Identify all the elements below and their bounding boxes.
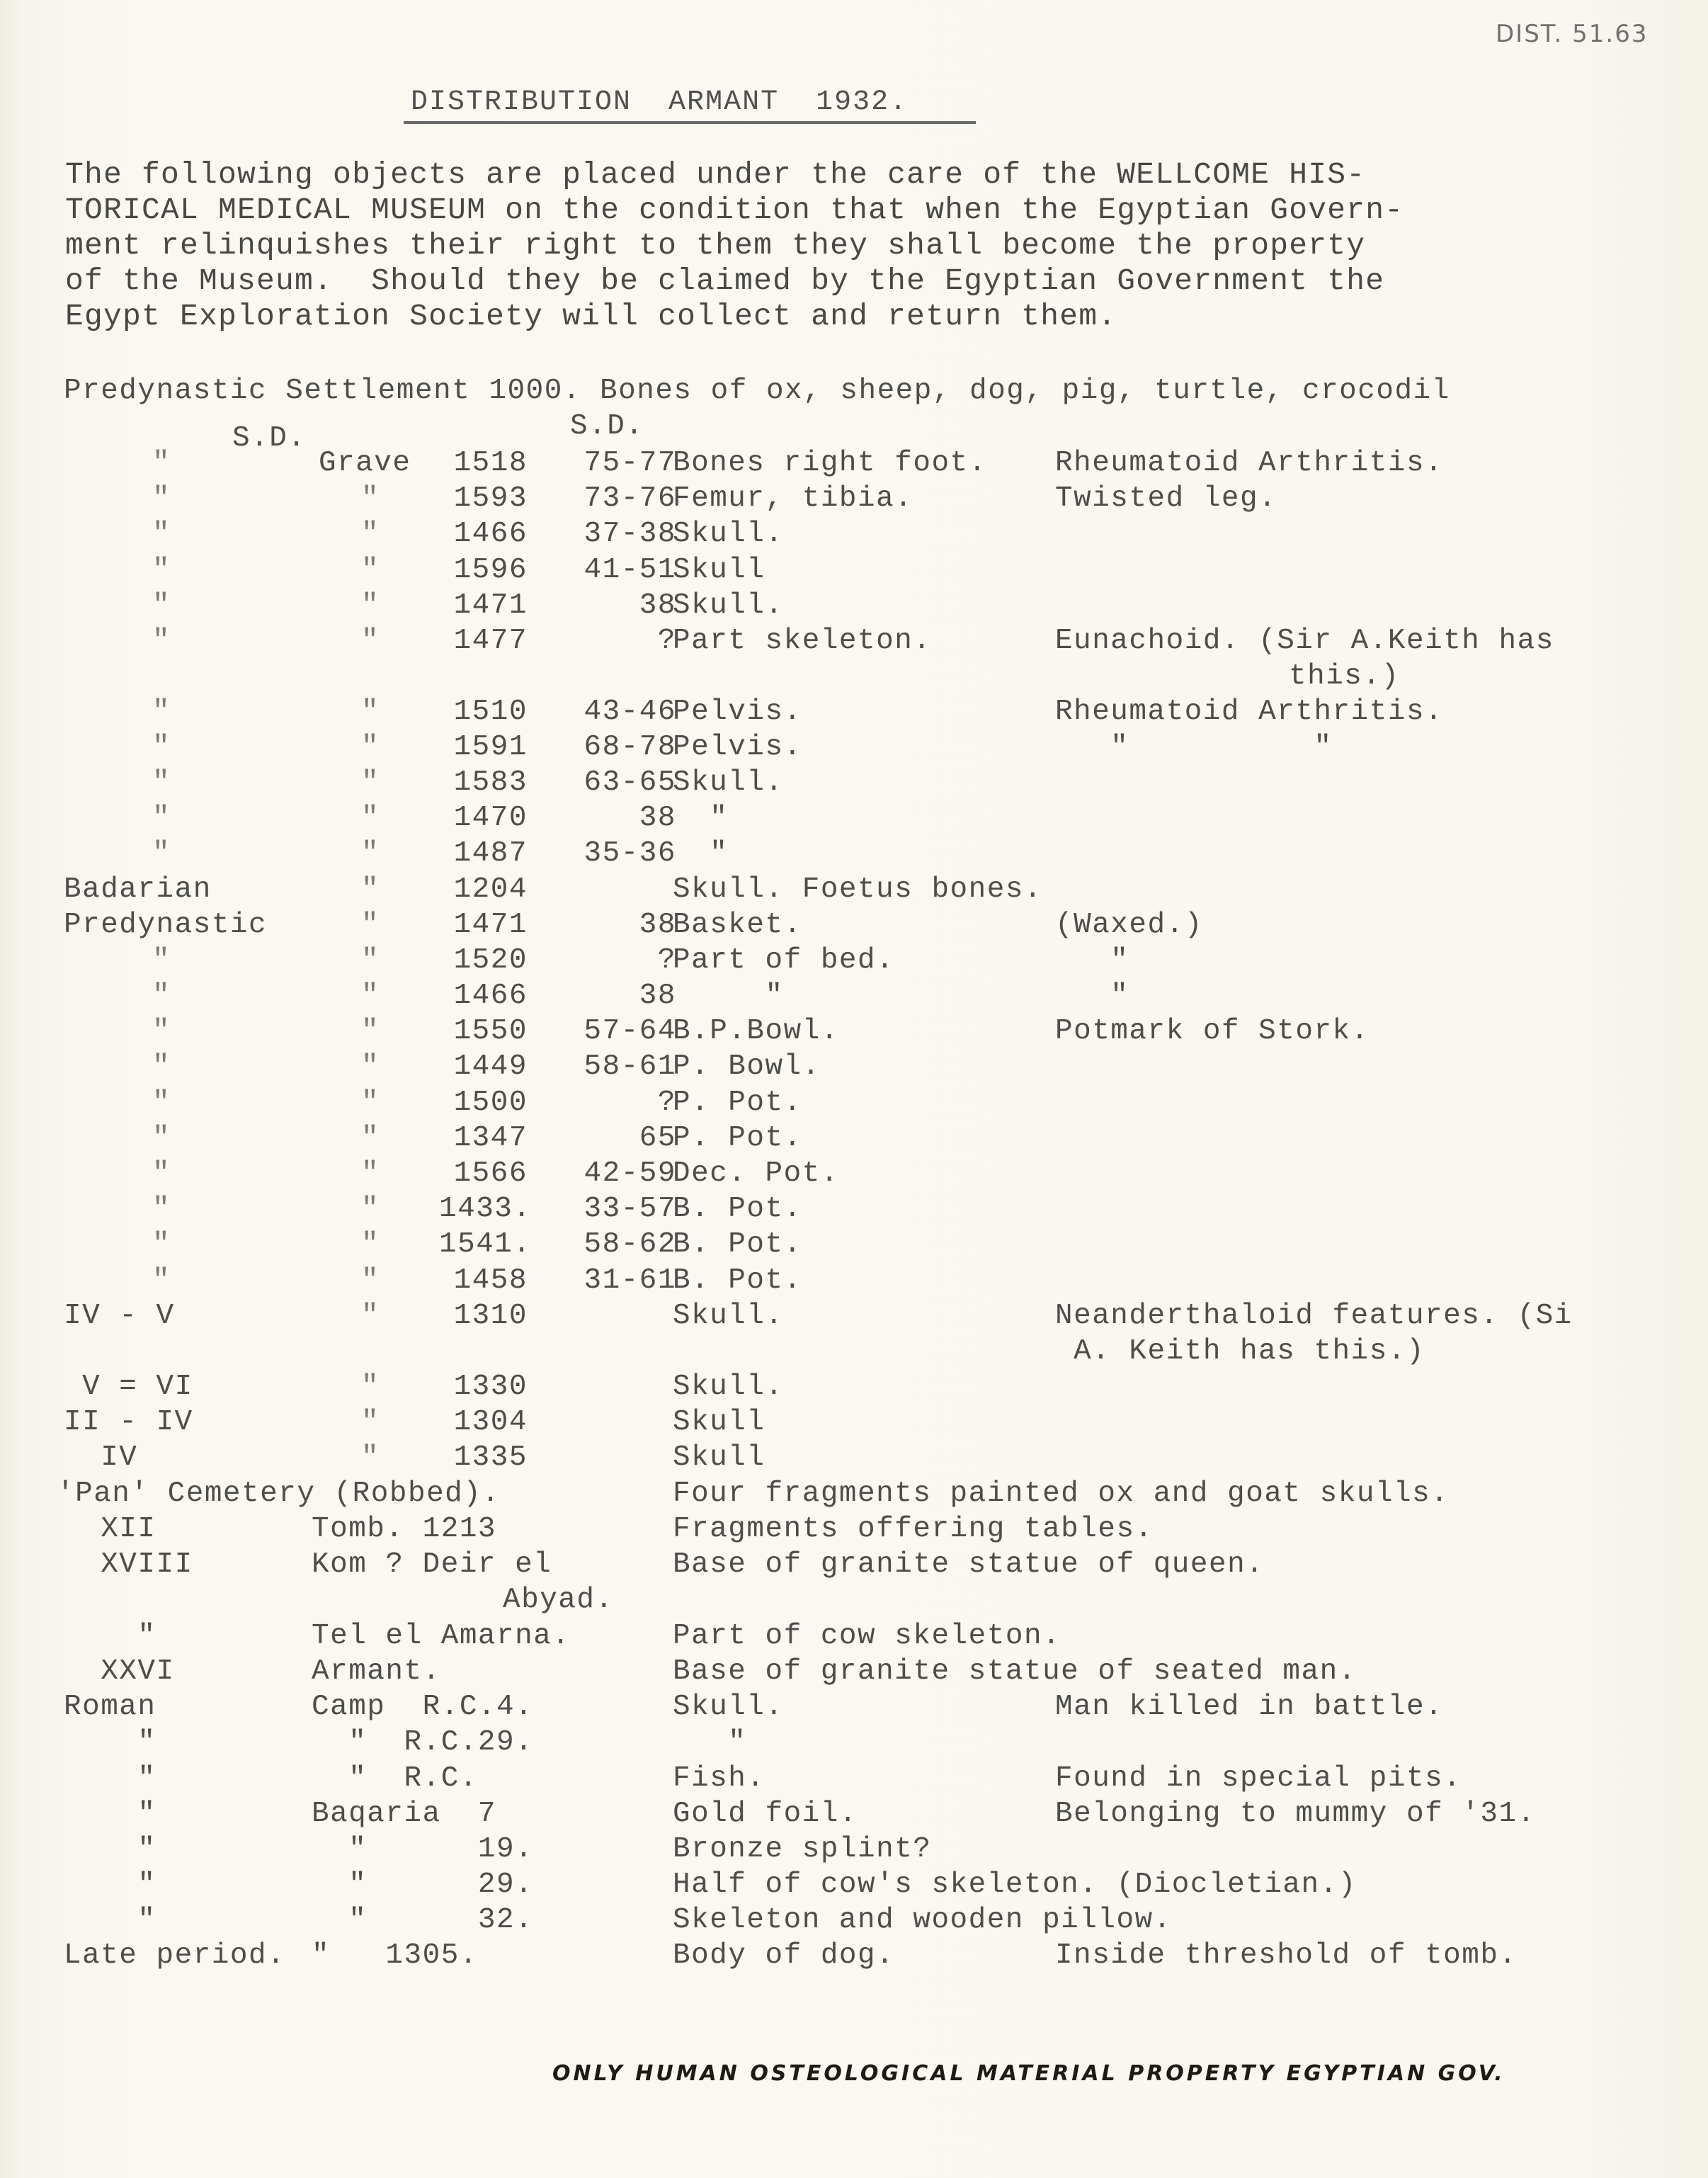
site-cell: " xyxy=(361,1227,380,1261)
object-cell: Part of cow skeleton. xyxy=(673,1619,1061,1653)
grave-number-cell: 1449 xyxy=(439,1050,528,1084)
note-continuation: A. Keith has this.) xyxy=(1055,1334,1425,1368)
grave-number-cell: 1433. xyxy=(439,1192,528,1226)
site-cell: " R.C. xyxy=(312,1762,478,1796)
grave-number-cell: 1593 xyxy=(439,482,528,516)
note-cell: Found in special pits. xyxy=(1055,1762,1462,1796)
table-row: " " 29.Half of cow's skeleton. (Diocleti… xyxy=(0,1868,1708,1903)
sequence-date-cell: 38 xyxy=(567,589,676,623)
period-cell: " xyxy=(152,766,171,800)
grave-number-cell: 1520 xyxy=(439,943,528,977)
object-cell: Skull. xyxy=(673,766,784,800)
site-cell: " xyxy=(361,1441,380,1475)
period-cell: " xyxy=(64,1762,156,1796)
intro-line: The following objects are placed under t… xyxy=(65,157,1365,192)
sequence-date-cell: 38 xyxy=(567,801,676,835)
period-cell: Roman xyxy=(64,1690,156,1724)
pan-cemetery-label: 'Pan' Cemetery (Robbed). xyxy=(57,1477,501,1511)
period-cell: " xyxy=(64,1619,156,1653)
grave-number-cell: 1518 xyxy=(439,446,528,480)
period-cell: " xyxy=(152,589,171,623)
period-cell: " xyxy=(152,624,171,658)
site-cell: " xyxy=(361,1121,380,1155)
note-cell: " xyxy=(1055,979,1129,1013)
note-cell: Rheumatoid Arthritis. xyxy=(1055,446,1443,480)
table-row: ""156642-59Dec. Pot. xyxy=(0,1157,1708,1192)
object-cell: P. Bowl. xyxy=(673,1050,821,1084)
grave-number-cell: 1335 xyxy=(439,1441,528,1475)
grave-number-cell: 1204 xyxy=(439,873,528,907)
object-cell: Skull. xyxy=(673,589,784,623)
sequence-date-cell: ? xyxy=(567,1086,676,1120)
site-cell: Tel el Amarna. xyxy=(312,1619,570,1653)
sequence-date-cell: 33-57 xyxy=(567,1192,676,1226)
object-cell: Femur, tibia. xyxy=(673,482,913,516)
intro-line: of the Museum. Should they be claimed by… xyxy=(65,263,1384,298)
object-cell: Skull. xyxy=(673,1690,784,1724)
site-cell: " xyxy=(361,801,380,835)
period-cell: " xyxy=(152,553,171,587)
intro-line: TORICAL MEDICAL MUSEUM on the condition … xyxy=(65,193,1404,227)
period-cell: Predynastic xyxy=(64,908,267,942)
sequence-date-cell: 68-78 xyxy=(567,730,676,764)
sequence-date-cell: ? xyxy=(567,943,676,977)
grave-number-cell: 1591 xyxy=(439,730,528,764)
object-cell: Gold foil. xyxy=(673,1797,858,1831)
period-cell: " xyxy=(64,1832,156,1866)
table-row: XXVIArmant.Base of granite statue of sea… xyxy=(0,1655,1708,1690)
table-row: " " R.C.Fish.Found in special pits. xyxy=(0,1762,1708,1797)
table-row: ""158363-65Skull. xyxy=(0,766,1708,801)
table-row: ""145831-61B. Pot. xyxy=(0,1264,1708,1299)
site-cell: " xyxy=(361,766,380,800)
site-cell: " xyxy=(361,1086,380,1120)
note-cell: Twisted leg. xyxy=(1055,482,1277,516)
grave-number-cell: 1470 xyxy=(439,801,528,835)
object-cell: Base of granite statue of queen. xyxy=(673,1548,1264,1582)
site-cell: " xyxy=(361,1370,380,1404)
period-cell: Badarian xyxy=(64,873,212,907)
grave-number-cell: 1487 xyxy=(439,836,528,870)
period-cell: " xyxy=(152,695,171,729)
object-cell: " xyxy=(673,1725,746,1759)
object-cell: Body of dog. xyxy=(673,1939,894,1973)
object-cell: " xyxy=(673,836,728,870)
grave-number-cell: 1566 xyxy=(439,1157,528,1191)
note-cell: Rheumatoid Arthritis. xyxy=(1055,695,1443,729)
accession-mark: DIST. 51.63 xyxy=(1496,20,1648,48)
period-cell: IV - V xyxy=(64,1299,175,1333)
sequence-date-cell: 57-64 xyxy=(567,1014,676,1048)
intro-paragraph: The following objects are placed under t… xyxy=(65,157,1404,334)
period-cell: " xyxy=(152,482,171,516)
table-row: ""146638 " " xyxy=(0,979,1708,1014)
object-cell: Basket. xyxy=(673,908,802,942)
grave-number-cell: 1477 xyxy=(439,624,528,658)
object-cell: Fish. xyxy=(673,1762,765,1796)
site-cell: Tomb. 1213 xyxy=(312,1512,496,1546)
grave-number-cell: 1471 xyxy=(439,908,528,942)
grave-number-cell: 1583 xyxy=(439,766,528,800)
sequence-date-cell: ? xyxy=(567,624,676,658)
period-cell: XII xyxy=(64,1512,156,1546)
object-cell: Pelvis. xyxy=(673,730,802,764)
table-row: Late period." 1305.Body of dog.Inside th… xyxy=(0,1939,1708,1974)
period-cell: XXVI xyxy=(64,1655,175,1689)
site-cell: " xyxy=(361,873,380,907)
sequence-date-cell: 58-62 xyxy=(567,1227,676,1261)
note-cell: (Waxed.) xyxy=(1055,908,1203,942)
table-row: Predynastic"147138Basket.(Waxed.) xyxy=(0,908,1708,943)
object-cell: Skull. xyxy=(673,1370,784,1404)
note-cell: Belonging to mummy of '31. xyxy=(1055,1797,1536,1831)
table-row: 'Pan' Cemetery (Robbed).Four fragments p… xyxy=(0,1477,1708,1512)
site-cell: " 32. xyxy=(312,1903,533,1937)
table-row: XIITomb. 1213Fragments offering tables. xyxy=(0,1512,1708,1548)
sequence-date-cell: 38 xyxy=(567,908,676,942)
object-cell: P. Pot. xyxy=(673,1086,802,1120)
site-cell: " xyxy=(361,482,380,516)
site-cell: " xyxy=(361,695,380,729)
site-cell: " xyxy=(361,1157,380,1191)
intro-line: ment relinquishes their right to them th… xyxy=(65,228,1365,263)
note-continuation: this.) xyxy=(1289,659,1400,693)
object-cell: " xyxy=(673,979,784,1013)
sequence-date-cell: 58-61 xyxy=(567,1050,676,1084)
site-cell: " xyxy=(361,1405,380,1439)
table-row: IV"1335Skull xyxy=(0,1441,1708,1476)
site-cell: " xyxy=(361,624,380,658)
grave-number-cell: 1541. xyxy=(439,1227,528,1261)
period-cell: V = VI xyxy=(64,1370,193,1404)
site-continuation: Abyad. xyxy=(503,1583,614,1617)
note-cell: Neanderthaloid features. (Si xyxy=(1055,1299,1573,1333)
object-cell: Skull xyxy=(673,1441,765,1475)
table-row: ""144958-61P. Bowl. xyxy=(0,1050,1708,1085)
period-cell: " xyxy=(152,1227,171,1261)
table-row: ""146637-38Skull. xyxy=(0,517,1708,552)
site-cell: Kom ? Deir el xyxy=(312,1548,552,1582)
grave-number-cell: 1330 xyxy=(439,1370,528,1404)
settlement-line: Predynastic Settlement 1000. Bones of ox… xyxy=(64,374,1450,408)
site-cell: " xyxy=(361,1192,380,1226)
object-cell: Skull. xyxy=(673,517,784,551)
period-cell: " xyxy=(64,1868,156,1902)
site-cell: " xyxy=(361,1014,380,1048)
sequence-date-cell: 43-46 xyxy=(567,695,676,729)
table-row: "Tel el Amarna.Part of cow skeleton. xyxy=(0,1619,1708,1655)
table-row: RomanCamp R.C.4.Skull.Man killed in batt… xyxy=(0,1690,1708,1725)
intro-line: Egypt Exploration Society will collect a… xyxy=(65,299,1117,334)
object-cell: Skull xyxy=(673,553,765,587)
site-cell: " xyxy=(361,589,380,623)
table-row: " " R.C.29. " xyxy=(0,1725,1708,1761)
table-row: ""159168-78Pelvis. " " xyxy=(0,730,1708,766)
table-row: ""1541.58-62B. Pot. xyxy=(0,1227,1708,1263)
site-cell: " xyxy=(361,979,380,1013)
document-page: DIST. 51.63 DISTRIBUTION ARMANT 1932. Th… xyxy=(0,0,1708,2178)
table-row: ""148735-36 " xyxy=(0,836,1708,872)
table-row: V = VI"1330Skull. xyxy=(0,1370,1708,1405)
period-cell: " xyxy=(152,979,171,1013)
object-cell: Dec. Pot. xyxy=(673,1157,839,1191)
note-cell: Eunachoid. (Sir A.Keith has xyxy=(1055,624,1554,658)
table-row: ""1433.33-57B. Pot. xyxy=(0,1192,1708,1227)
period-cell: " xyxy=(152,1157,171,1191)
table-row: ""147038 " xyxy=(0,801,1708,836)
table-row: ""147138Skull. xyxy=(0,589,1708,624)
sequence-date-cell: 42-59 xyxy=(567,1157,676,1191)
sequence-date-cell: 63-65 xyxy=(567,766,676,800)
site-cell: " xyxy=(361,553,380,587)
period-cell: " xyxy=(152,1192,171,1226)
site-cell: " xyxy=(361,836,380,870)
grave-number-cell: 1466 xyxy=(439,979,528,1013)
table-row: ""155057-64B.P.Bowl.Potmark of Stork. xyxy=(0,1014,1708,1050)
grave-number-cell: 1304 xyxy=(439,1405,528,1439)
object-cell: B. Pot. xyxy=(673,1227,802,1261)
object-cell: Bones right foot. xyxy=(673,446,987,480)
grave-number-cell: 1596 xyxy=(439,553,528,587)
table-row: ""1520?Part of bed. " xyxy=(0,943,1708,979)
period-cell: " xyxy=(152,836,171,870)
sequence-date-cell: 41-51 xyxy=(567,553,676,587)
sequence-date-cell: 38 xyxy=(567,979,676,1013)
object-cell: B. Pot. xyxy=(673,1264,802,1298)
period-cell: " xyxy=(152,1086,171,1120)
object-cell: Part of bed. xyxy=(673,943,894,977)
note-cell: Inside threshold of tomb. xyxy=(1055,1939,1518,1973)
grave-number-cell: 1466 xyxy=(439,517,528,551)
sequence-date-cell: 31-61 xyxy=(567,1264,676,1298)
table-row: ""1477?Part skeleton.Eunachoid. (Sir A.K… xyxy=(0,624,1708,659)
site-cell: " xyxy=(361,517,380,551)
object-cell: B. Pot. xyxy=(673,1192,802,1226)
object-cell: Skull xyxy=(673,1405,765,1439)
object-cell: Skull. xyxy=(673,1299,784,1333)
grave-number-cell: 1471 xyxy=(439,589,528,623)
grave-number-cell: 1510 xyxy=(439,695,528,729)
handwritten-note: ONLY HUMAN OSTEOLOGICAL MATERIAL PROPERT… xyxy=(552,2061,1505,2086)
note-cell: " " xyxy=(1055,730,1333,764)
site-cell: " R.C.29. xyxy=(312,1725,533,1759)
table-row: ""159641-51Skull xyxy=(0,553,1708,589)
object-cell: Skeleton and wooden pillow. xyxy=(673,1903,1172,1937)
table-row: "Baqaria 7Gold foil.Belonging to mummy o… xyxy=(0,1797,1708,1832)
table-row: " " 32.Skeleton and wooden pillow. xyxy=(0,1903,1708,1939)
title-underline xyxy=(404,121,976,124)
table-row: ""1500?P. Pot. xyxy=(0,1086,1708,1121)
object-cell: " xyxy=(673,801,728,835)
period-cell: " xyxy=(152,446,171,480)
note-cell: Potmark of Stork. xyxy=(1055,1014,1370,1048)
period-cell: II - IV xyxy=(64,1405,193,1439)
note-cell: Man killed in battle. xyxy=(1055,1690,1443,1724)
site-cell: " xyxy=(361,1050,380,1084)
period-cell: " xyxy=(152,1014,171,1048)
grave-number-cell: 1550 xyxy=(439,1014,528,1048)
period-cell: " xyxy=(64,1903,156,1937)
period-cell: XVIII xyxy=(64,1548,193,1582)
object-cell: Skull. Foetus bones. xyxy=(673,873,1042,907)
sd-header-right: S.D. xyxy=(570,409,644,443)
site-cell: " xyxy=(361,730,380,764)
site-cell: Camp R.C.4. xyxy=(312,1690,533,1724)
grave-number-cell: 1310 xyxy=(439,1299,528,1333)
table-row: II - IV"1304Skull xyxy=(0,1405,1708,1441)
table-row: IV - V"1310Skull.Neanderthaloid features… xyxy=(0,1299,1708,1334)
grave-number-cell: 1347 xyxy=(439,1121,528,1155)
site-cell: Grave xyxy=(319,446,411,480)
object-cell: Base of granite statue of seated man. xyxy=(673,1655,1357,1689)
site-cell: " xyxy=(361,1264,380,1298)
object-cell: Fragments offering tables. xyxy=(673,1512,1154,1546)
table-row: ""151043-46Pelvis.Rheumatoid Arthritis. xyxy=(0,695,1708,730)
object-cell: Half of cow's skeleton. (Diocletian.) xyxy=(673,1868,1357,1902)
period-cell: " xyxy=(152,801,171,835)
grave-number-cell: 1500 xyxy=(439,1086,528,1120)
site-cell: Armant. xyxy=(312,1655,441,1689)
sequence-date-cell: 37-38 xyxy=(567,517,676,551)
period-cell: " xyxy=(152,1050,171,1084)
table-row: Badarian"1204Skull. Foetus bones. xyxy=(0,873,1708,908)
object-cell: B.P.Bowl. xyxy=(673,1014,839,1048)
grave-number-cell: 1458 xyxy=(439,1264,528,1298)
period-cell: " xyxy=(152,730,171,764)
table-row: ""134765P. Pot. xyxy=(0,1121,1708,1157)
period-cell: " xyxy=(152,943,171,977)
site-cell: Baqaria 7 xyxy=(312,1797,496,1831)
object-cell: Bronze splint? xyxy=(673,1832,931,1866)
site-cell: " xyxy=(361,908,380,942)
object-cell: P. Pot. xyxy=(673,1121,802,1155)
sequence-date-cell: 65 xyxy=(567,1121,676,1155)
sequence-date-cell: 75-77 xyxy=(567,446,676,480)
note-cell: " xyxy=(1055,943,1129,977)
sequence-date-cell: 73-76 xyxy=(567,482,676,516)
object-cell: Part skeleton. xyxy=(673,624,931,658)
object-cell: Four fragments painted ox and goat skull… xyxy=(673,1477,1449,1511)
sequence-date-cell: 35-36 xyxy=(567,836,676,870)
period-cell: " xyxy=(152,1264,171,1298)
table-row: XVIIIKom ? Deir elBase of granite statue… xyxy=(0,1548,1708,1583)
period-cell: IV xyxy=(64,1441,137,1475)
site-cell: " 29. xyxy=(312,1868,533,1902)
site-cell: " 1305. xyxy=(312,1939,478,1973)
period-cell: " xyxy=(152,1121,171,1155)
table-row: " " 19.Bronze splint? xyxy=(0,1832,1708,1868)
period-cell: Late period. xyxy=(64,1939,285,1973)
period-cell: " xyxy=(64,1725,156,1759)
document-title: DISTRIBUTION ARMANT 1932. xyxy=(411,86,908,118)
table-row: ""159373-76Femur, tibia.Twisted leg. xyxy=(0,482,1708,517)
site-cell: " 19. xyxy=(312,1832,533,1866)
object-cell: Pelvis. xyxy=(673,695,802,729)
site-cell: " xyxy=(361,1299,380,1333)
period-cell: " xyxy=(152,517,171,551)
table-row: "Grave151875-77Bones right foot.Rheumato… xyxy=(0,446,1708,482)
period-cell: " xyxy=(64,1797,156,1831)
site-cell: " xyxy=(361,943,380,977)
